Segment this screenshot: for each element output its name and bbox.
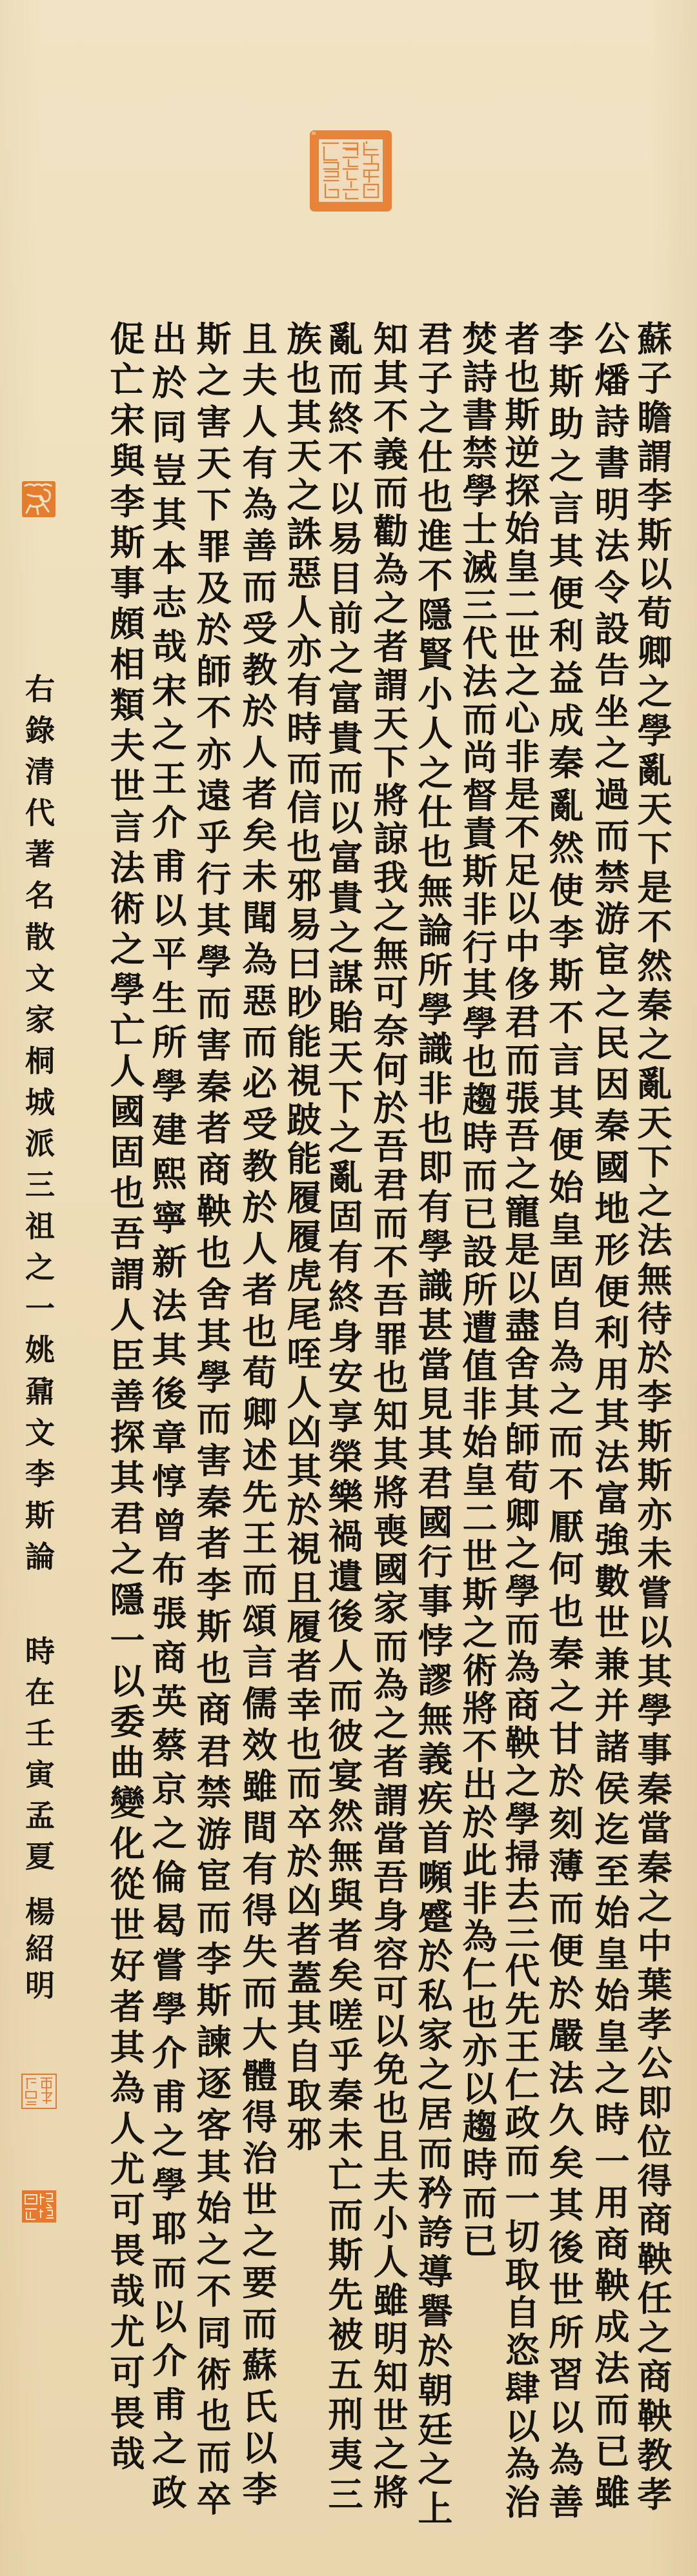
text-column-8: 亂而終不以易目前之富貴而以富貴之謀貽天下之亂固有終身安享榮樂禍遺後人而彼宴然無與… xyxy=(323,321,363,2511)
signature-text: 楊紹明 xyxy=(19,1896,57,1999)
colophon-text: 右錄清代著名散文家桐城派三祖之一姚鼐文李斯論 xyxy=(19,673,57,1570)
text-column-6: 君子之仕也進不隱賢小人之仕也無論所學識非也即有學識甚當見其君國行事悖謬無義疾首嚬… xyxy=(412,321,452,2525)
text-column-1: 蘇子瞻謂李斯以荀卿之學亂天下是不然秦之亂天下之法無待於李斯斯亦未嘗以其學事秦當秦… xyxy=(632,321,672,2511)
text-column-2: 公燔詩書明法令設告坐之過而禁游宦之民因秦國地形便利用其法富強數世兼并諸侯迄至始皇… xyxy=(589,321,629,2509)
text-column-10: 且夫人有為善而受教於人者矣未聞為惡而必受教於人者也荀卿述先王而頌言儒效雖間有得失… xyxy=(237,321,277,2506)
text-column-7: 知其不義而勸為之者謂天下將諒我之無可奈何於吾君而不吾罪也知其將喪國家而為之者謂當… xyxy=(368,321,408,2509)
text-column-11: 斯之害天下罪及於師不亦遠乎行其學而害秦者商鞅也舍其學而害秦者李斯也商君禁游宦而李… xyxy=(191,321,231,2515)
top-center-seal-icon xyxy=(310,130,392,212)
text-column-12: 出於同豈其本志哉宋之王介甫以平生所學建熙寧新法其後章惇曾布張商英蔡京之倫曷嘗學介… xyxy=(146,321,187,2509)
calligraphy-scroll: 蘇子瞻謂李斯以荀卿之學亂天下是不然秦之亂天下之法無待於李斯斯亦未嘗以其學事秦當秦… xyxy=(0,0,697,2576)
text-column-9: 族也其天之誅惡人亦有時而信也邪易曰眇能視跛能履履虎尾咥人凶其於視且履者幸也而卒於… xyxy=(281,321,321,2151)
text-column-5: 焚詩書禁學士滅三代法而尚督責斯非行其學也趨時而已設所遭值非始皇二世斯之術將不出於… xyxy=(457,321,497,2257)
text-column-4: 者也斯逆探始皇二世之心非是不足以中侈君而張吾之寵是以盡舍其師荀卿之學而為商鞅之學… xyxy=(500,321,540,2519)
text-column-3: 李斯助之言其便利益成秦亂然使李斯不言其便始皇固自為之而不厭何也秦之甘於刻薄而便於… xyxy=(543,321,583,2519)
zhuwen-name-seal-icon xyxy=(21,2074,57,2109)
text-column-13: 促亡宋與李斯事頗相類夫世言法術之學亡人國固也吾謂人臣善探其君之隱一以委曲變化從世… xyxy=(105,321,145,2470)
baiwen-name-seal-icon xyxy=(21,2190,57,2223)
tiger-seal-icon xyxy=(21,481,56,518)
date-text: 時在壬寅孟夏 xyxy=(19,1636,57,1870)
